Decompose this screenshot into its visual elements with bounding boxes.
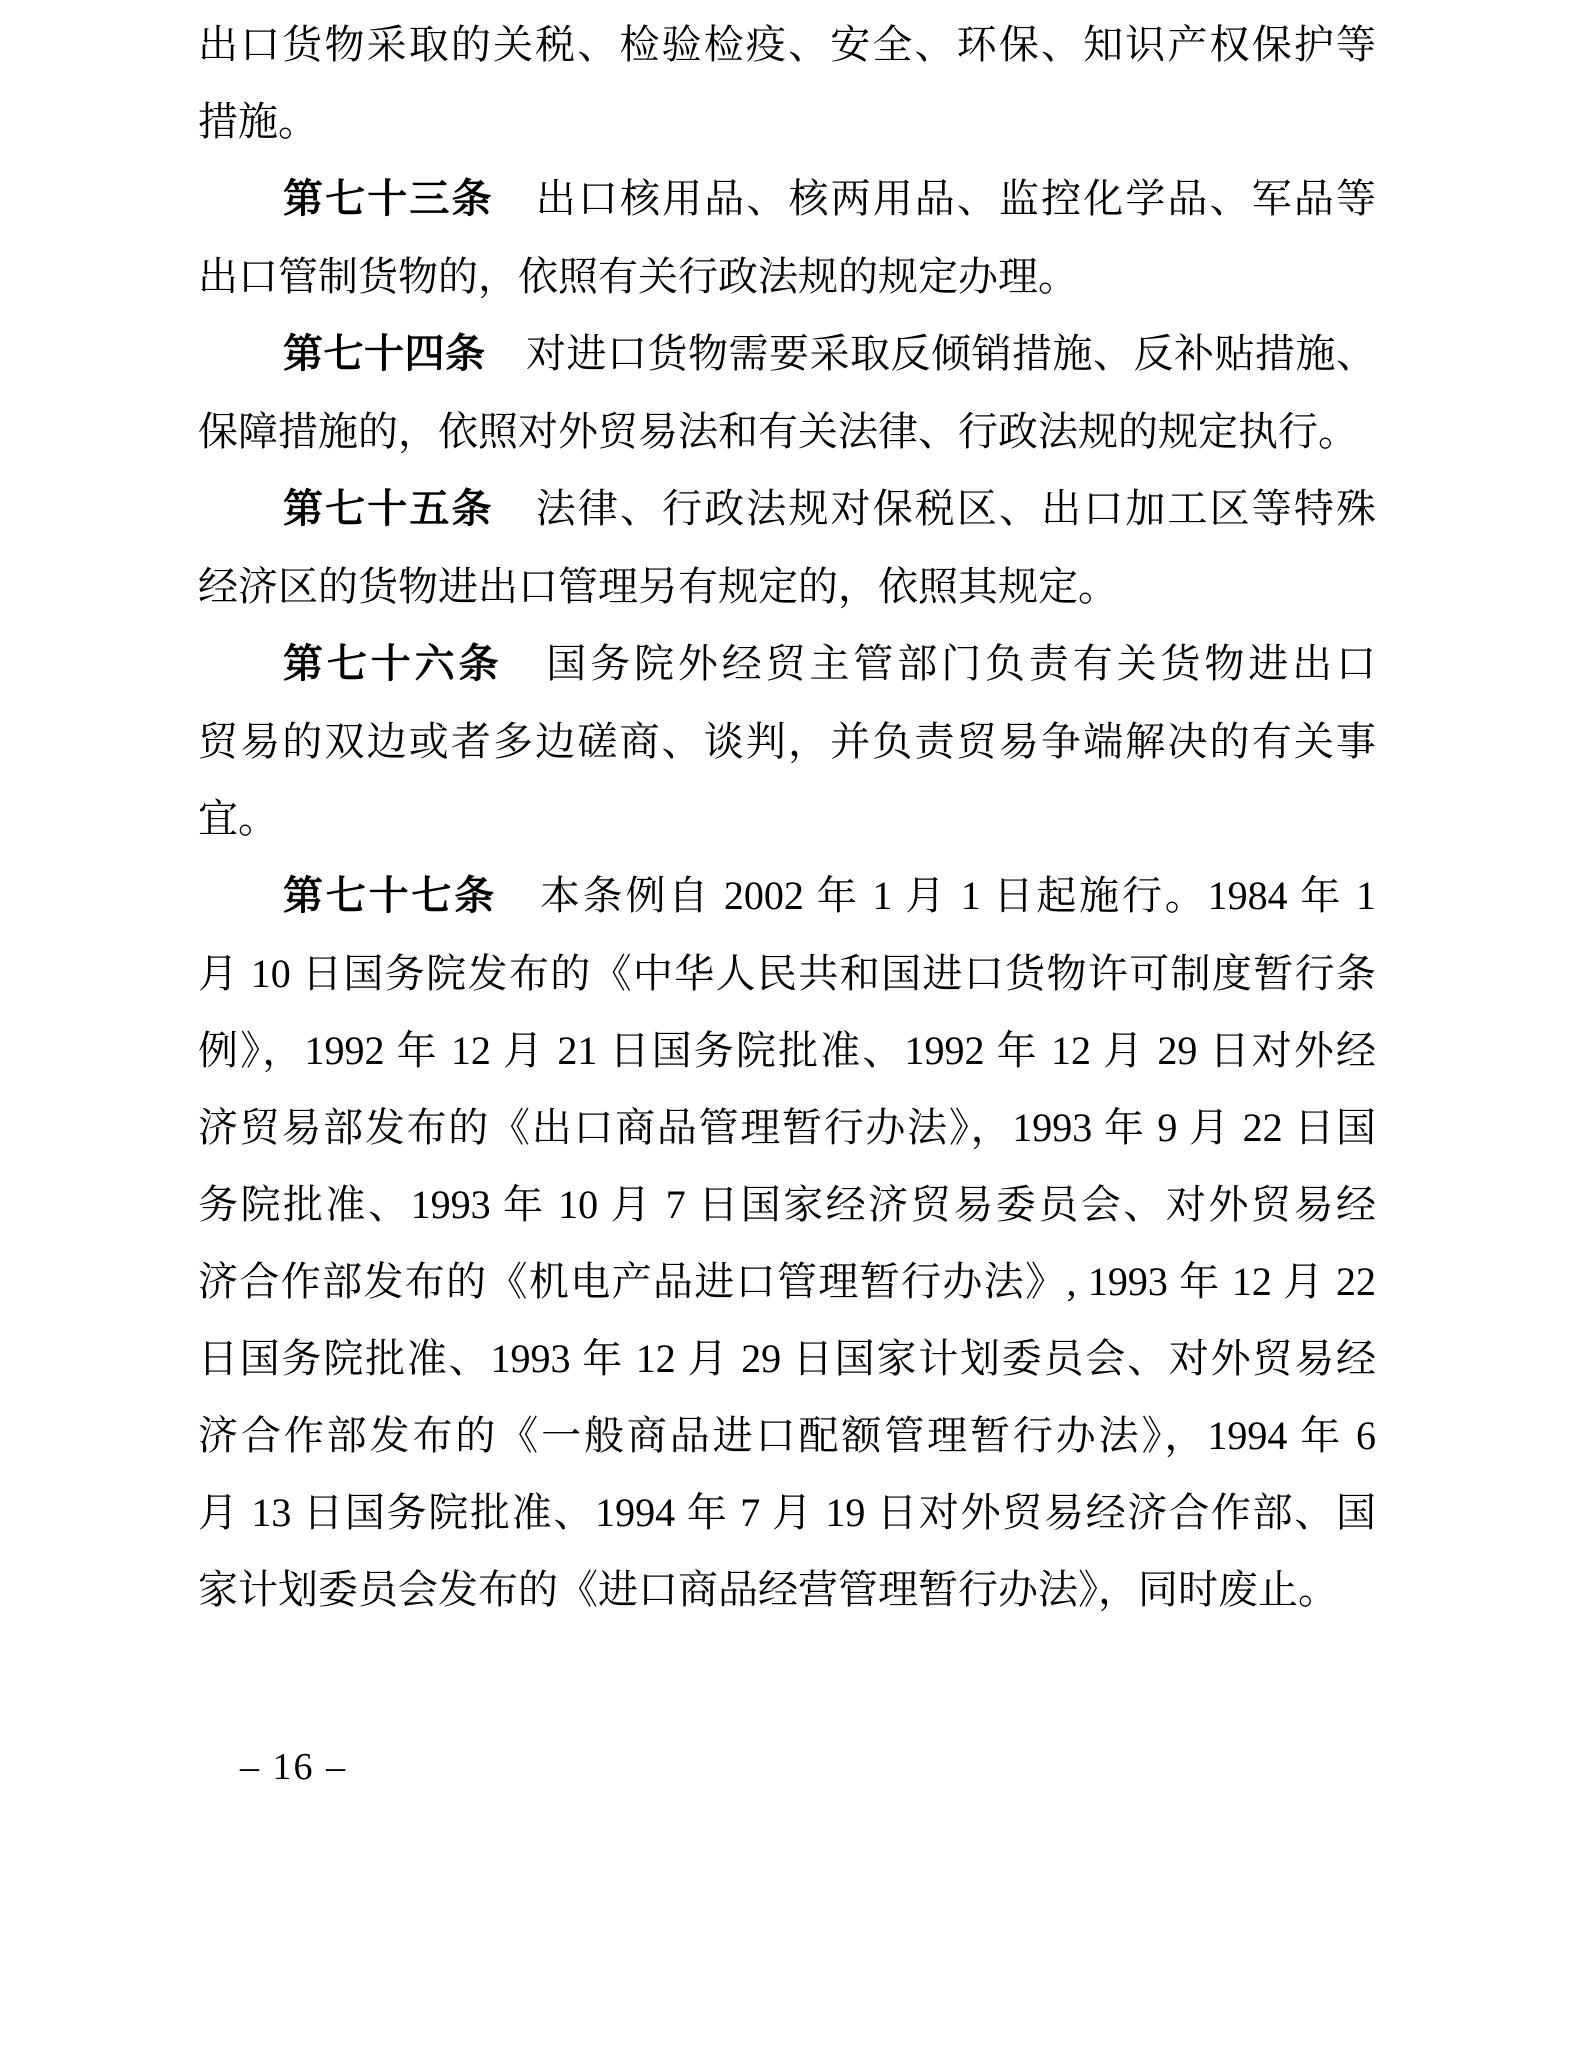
text-line: 第七十七条 本条例自 2002 年 1 月 1 日起施行。1984 年 1 [198,857,1376,935]
text-line: 务院批准、1993 年 10 月 7 日国家经济贸易委员会、对外贸易经 [198,1166,1376,1243]
text-segment: 本条例自 2002 年 1 月 1 日起施行。1984 年 1 [497,873,1376,918]
text-segment: 月 10 日国务院发布的《中华人民共和国进口货物许可制度暂行条 [198,951,1376,996]
text-line: 月 10 日国务院发布的《中华人民共和国进口货物许可制度暂行条 [198,935,1376,1012]
text-line: 贸易的双边或者多边磋商、谈判，并负责贸易争端解决的有关事 [198,703,1376,780]
text-segment: 济贸易部发布的《出口商品管理暂行办法》，1993 年 9 月 22 日国 [198,1105,1376,1150]
page-number: – 16 – [240,1748,1586,1786]
article-number: 第七十六条 [283,642,502,686]
text-segment: 家计划委员会发布的《进口商品经营管理暂行办法》，同时废止。 [198,1567,1338,1612]
article-number: 第七十五条 [283,487,494,531]
article-number: 第七十七条 [283,874,497,918]
text-segment: 例》，1992 年 12 月 21 日国务院批准、1992 年 12 月 29 … [198,1028,1376,1073]
text-segment: 济合作部发布的《一般商品进口配额管理暂行办法》，1994 年 6 [198,1413,1376,1458]
text-line: 月 13 日国务院批准、1994 年 7 月 19 日对外贸易经济合作部、国 [198,1474,1376,1551]
text-segment: 出口管制货物的，依照有关行政法规的规定办理。 [198,254,1078,299]
text-line: 日国务院批准、1993 年 12 月 29 日国家计划委员会、对外贸易经 [198,1320,1376,1397]
text-line: 家计划委员会发布的《进口商品经营管理暂行办法》，同时废止。 [198,1551,1376,1628]
text-line: 保障措施的，依照对外贸易法和有关法律、行政法规的规定执行。 [198,393,1376,470]
text-segment: 出口货物采取的关税、检验检疫、安全、环保、知识产权保护等 [198,22,1376,67]
text-line: 济合作部发布的《机电产品进口管理暂行办法》, 1993 年 12 月 22 [198,1243,1376,1320]
text-segment: 贸易的双边或者多边磋商、谈判，并负责贸易争端解决的有关事 [198,719,1376,764]
text-segment: 日国务院批准、1993 年 12 月 29 日国家计划委员会、对外贸易经 [198,1336,1376,1381]
text-line: 济合作部发布的《一般商品进口配额管理暂行办法》，1994 年 6 [198,1397,1376,1474]
text-segment: 出口核用品、核两用品、监控化学品、军品等 [494,176,1376,221]
text-line: 第七十三条 出口核用品、核两用品、监控化学品、军品等 [198,160,1376,238]
text-segment: 国务院外经贸主管部门负责有关货物进出口 [502,641,1376,686]
text-line: 出口管制货物的，依照有关行政法规的规定办理。 [198,238,1376,315]
text-line: 第七十四条 对进口货物需要采取反倾销措施、反补贴措施、 [198,315,1376,393]
text-segment: 对进口货物需要采取反倾销措施、反补贴措施、 [486,331,1377,376]
text-segment: 月 13 日国务院批准、1994 年 7 月 19 日对外贸易经济合作部、国 [198,1490,1376,1535]
text-segment: 法律、行政法规对保税区、出口加工区等特殊 [494,486,1376,531]
text-segment: 措施。 [198,99,318,144]
document-body: 出口货物采取的关税、检验检疫、安全、环保、知识产权保护等措施。第七十三条 出口核… [0,0,1376,1628]
text-line: 措施。 [198,83,1376,160]
text-line: 例》，1992 年 12 月 21 日国务院批准、1992 年 12 月 29 … [198,1012,1376,1089]
text-segment: 保障措施的，依照对外贸易法和有关法律、行政法规的规定执行。 [198,409,1358,454]
text-segment: 宜。 [198,796,278,841]
text-line: 济贸易部发布的《出口商品管理暂行办法》，1993 年 9 月 22 日国 [198,1089,1376,1166]
article-number: 第七十四条 [283,332,486,376]
text-segment: 务院批准、1993 年 10 月 7 日国家经济贸易委员会、对外贸易经 [198,1182,1376,1227]
text-line: 出口货物采取的关税、检验检疫、安全、环保、知识产权保护等 [198,6,1376,83]
text-line: 宜。 [198,780,1376,857]
text-line: 第七十六条 国务院外经贸主管部门负责有关货物进出口 [198,625,1376,703]
text-line: 经济区的货物进出口管理另有规定的，依照其规定。 [198,548,1376,625]
text-line: 第七十五条 法律、行政法规对保税区、出口加工区等特殊 [198,470,1376,548]
text-segment: 经济区的货物进出口管理另有规定的，依照其规定。 [198,564,1118,609]
document-page: 出口货物采取的关税、检验检疫、安全、环保、知识产权保护等措施。第七十三条 出口核… [0,0,1586,2054]
article-number: 第七十三条 [283,177,494,221]
text-segment: 济合作部发布的《机电产品进口管理暂行办法》, 1993 年 12 月 22 [198,1259,1376,1304]
